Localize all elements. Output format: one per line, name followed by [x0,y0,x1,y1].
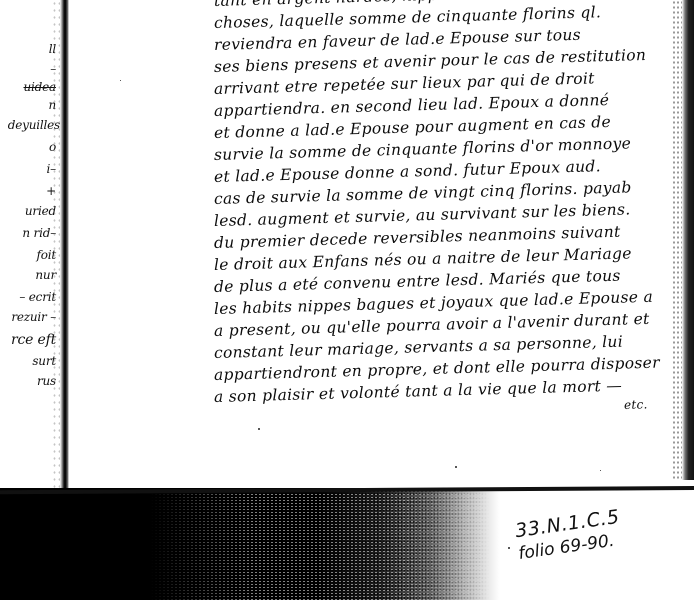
scan-speck [455,466,457,468]
page-right-edge [682,0,694,480]
line-end-mark: etc. [624,397,648,412]
scan-bottom-noise [150,490,490,600]
scan-speck [258,428,260,430]
left-fragment-line: rce eft [11,332,56,348]
scan-speck [120,80,121,81]
scanned-manuscript: ll – uidea n deyuilles o i– + uried n ri… [0,0,694,600]
book-binding-gutter [60,0,69,490]
scan-speck [508,547,510,549]
scan-speck [600,470,601,471]
left-fragment-line: – ecrit [19,290,56,304]
left-fragment-line: rezuir – [11,310,56,324]
left-fragment-line: n rid– [22,226,56,240]
